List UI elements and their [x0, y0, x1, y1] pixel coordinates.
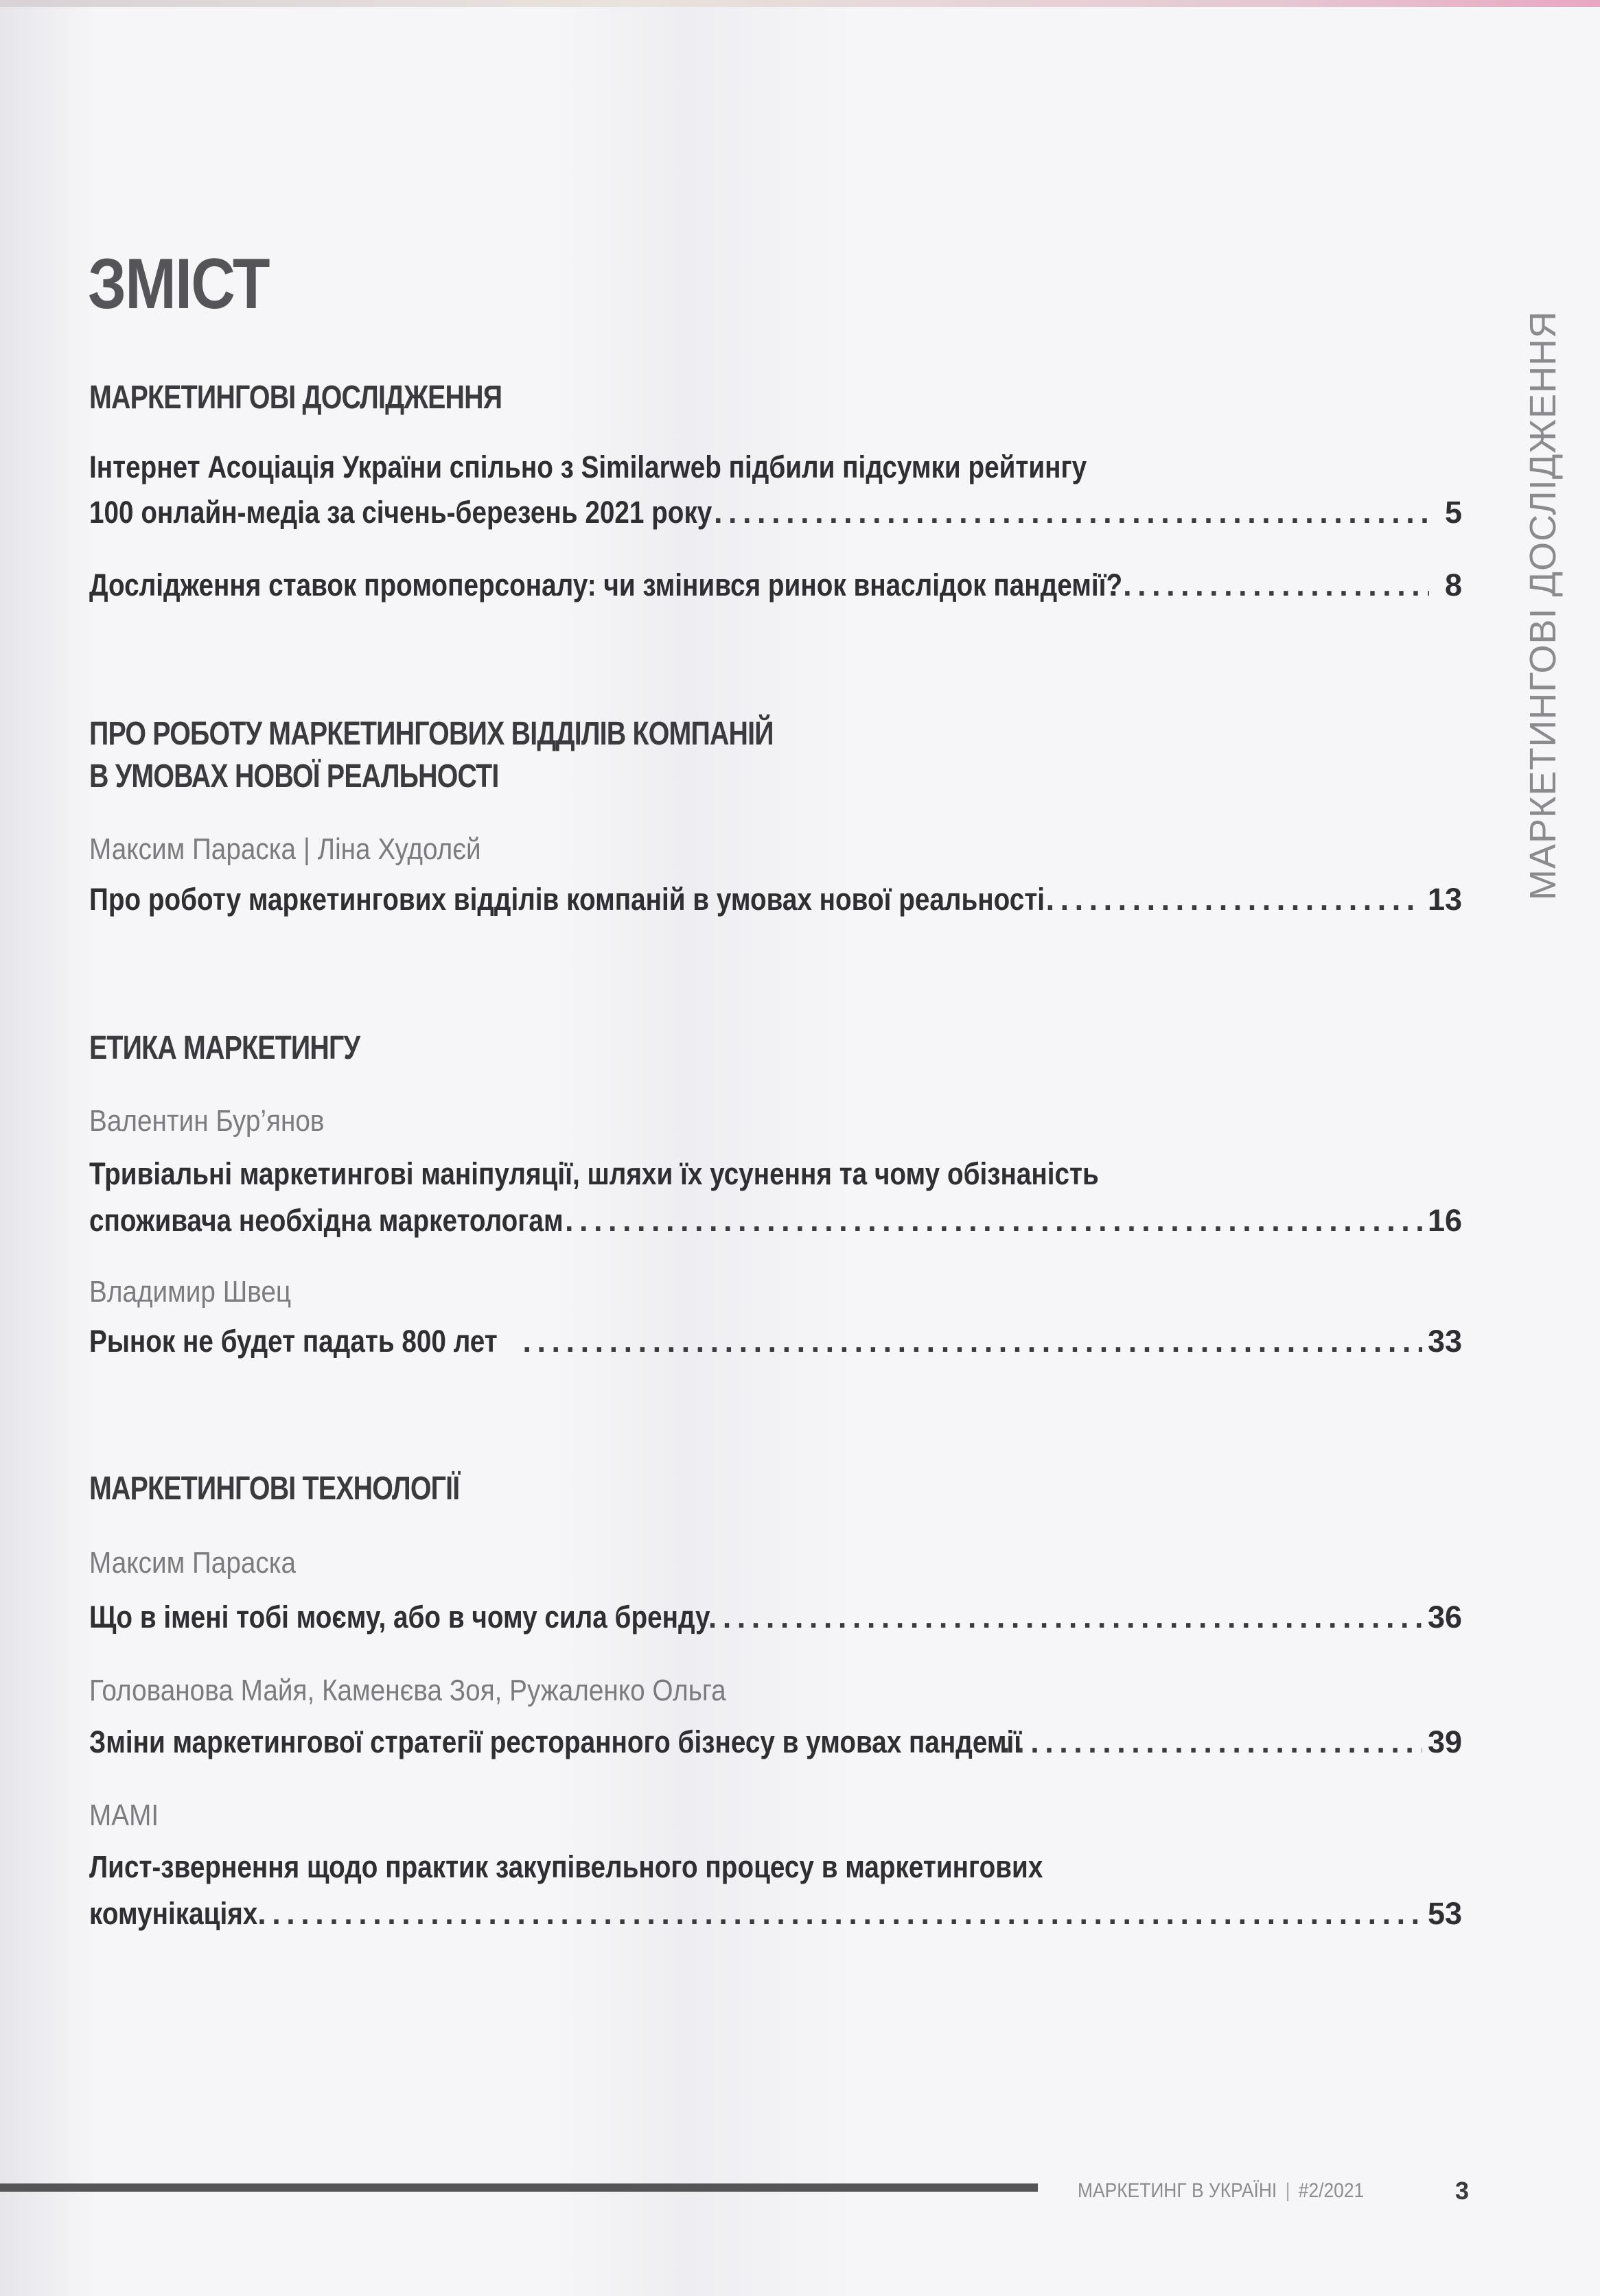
section-heading-marketing-departments-line2: В УМОВАХ НОВОЇ РЕАЛЬНОСТІ [89, 755, 498, 799]
footer-rule [0, 2183, 1038, 2192]
toc-entry[interactable]: Тривіальні маркетингові маніпуляції, шля… [89, 1153, 1462, 1242]
entry-author: Максим Параска [89, 1544, 296, 1582]
page-number[interactable]: 33 [1428, 1320, 1462, 1363]
entry-title[interactable]: 100 онлайн-медіа за січень-березень 2021… [89, 491, 712, 534]
page-number[interactable]: 36 [1428, 1596, 1462, 1639]
toc-entry[interactable]: Про роботу маркетингових відділів компан… [89, 878, 1462, 921]
dot-leader [1109, 564, 1429, 607]
entry-title[interactable]: Лист-звернення щодо практик закупівельно… [89, 1846, 1043, 1888]
entry-author: Голованова Майя, Каменєва Зоя, Ружаленко… [89, 1672, 726, 1710]
section-heading-marketing-research: МАРКЕТИНГОВІ ДОСЛІДЖЕННЯ [89, 376, 502, 420]
entry-author: Владимир Швец [89, 1273, 291, 1311]
page-number[interactable]: 39 [1428, 1721, 1462, 1764]
dot-leader [523, 1320, 1422, 1363]
entry-title[interactable]: комунікаціях [89, 1893, 257, 1935]
dot-leader [708, 1596, 1422, 1639]
dot-leader [257, 1893, 1422, 1935]
entry-title[interactable]: Дослідження ставок промоперсоналу: чи зм… [89, 564, 1122, 607]
dot-leader [565, 1199, 1422, 1242]
toc-entry[interactable]: Рынок не будет падать 800 лет 33 [89, 1320, 1462, 1363]
entry-title[interactable]: Тривіальні маркетингові маніпуляції, шля… [89, 1153, 1099, 1195]
dot-leader [714, 491, 1429, 534]
section-heading-marketing-ethics: ЕТИКА МАРКЕТИНГУ [89, 1027, 360, 1070]
publication-name: МАРКЕТИНГ В УКРАЇНІ [1078, 2179, 1277, 2202]
issue-number: #2/2021 [1299, 2179, 1364, 2202]
page-number[interactable]: 53 [1428, 1893, 1462, 1935]
toc-entry[interactable]: Що в імені тобі моєму, або в чому сила б… [89, 1596, 1462, 1639]
entry-author: Валентин Бур’янов [89, 1102, 324, 1140]
entry-title[interactable]: Що в імені тобі моєму, або в чому сила б… [89, 1596, 710, 1639]
footer-separator: | [1286, 2179, 1290, 2202]
section-heading-marketing-departments: ПРО РОБОТУ МАРКЕТИНГОВИХ ВІДДІЛІВ КОМПАН… [89, 712, 774, 756]
page-number[interactable]: 16 [1428, 1199, 1462, 1242]
entry-title[interactable]: Про роботу маркетингових відділів компан… [89, 878, 1045, 921]
section-heading-marketing-technologies: МАРКЕТИНГОВІ ТЕХНОЛОГІЇ [89, 1467, 459, 1511]
page-number[interactable]: 8 [1435, 564, 1462, 607]
toc-entry[interactable]: Дослідження ставок промоперсоналу: чи зм… [89, 564, 1462, 607]
page-background [0, 0, 1600, 2296]
side-section-label: МАРКЕТИНГОВІ ДОСЛІДЖЕННЯ [1522, 311, 1564, 900]
dot-leader [1046, 878, 1422, 921]
entry-author: МАМІ [89, 1796, 159, 1835]
toc-entry[interactable]: Інтернет Асоціація України спільно з Sim… [89, 446, 1462, 534]
entry-title[interactable]: Рынок не будет падать 800 лет [89, 1320, 498, 1363]
entry-title[interactable]: Інтернет Асоціація України спільно з Sim… [89, 446, 1087, 489]
dot-leader [1001, 1721, 1422, 1764]
page-title: ЗМІСТ [88, 248, 269, 320]
page-number[interactable]: 13 [1428, 878, 1462, 921]
entry-title[interactable]: Зміни маркетингової стратегії ресторанно… [89, 1721, 1021, 1764]
page-number-footer: 3 [1455, 2177, 1469, 2205]
page-top-edge [0, 0, 1600, 7]
entry-title[interactable]: споживача необхідна маркетологам [89, 1199, 564, 1242]
page-number[interactable]: 5 [1435, 491, 1462, 534]
footer-publication-info: МАРКЕТИНГ В УКРАЇНІ|#2/2021 [1078, 2179, 1364, 2203]
entry-author: Максим Параска | Ліна Худолєй [89, 830, 481, 869]
toc-entry[interactable]: Лист-звернення щодо практик закупівельно… [89, 1846, 1462, 1935]
toc-entry[interactable]: Зміни маркетингової стратегії ресторанно… [89, 1721, 1462, 1764]
